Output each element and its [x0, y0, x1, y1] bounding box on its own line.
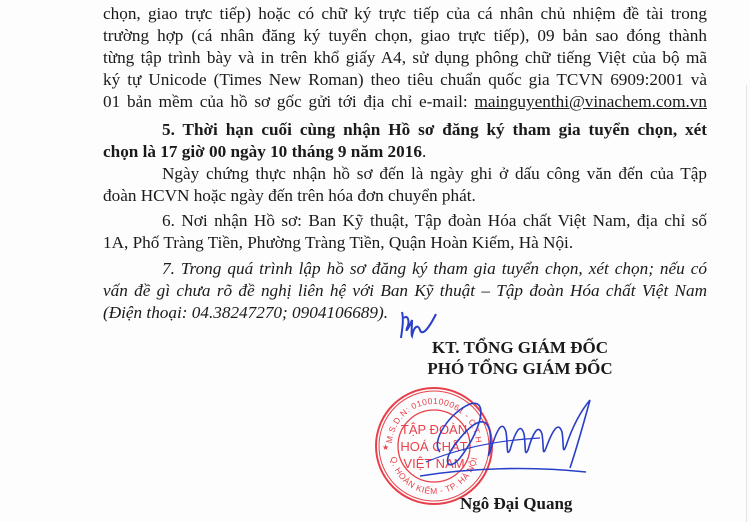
paragraph-4-line-4: ký tự Unicode (Times New Roman) theo tiê… — [103, 69, 707, 91]
paragraph-4-line-3: từng tập trình bày và in trên khổ giấy A… — [103, 47, 707, 69]
svg-text:★: ★ — [382, 443, 389, 452]
signer-name: Ngô Đại Quang — [460, 494, 572, 514]
paragraph-4-line-2: trường hợp (cá nhân đăng ký tuyển chọn, … — [103, 25, 707, 47]
signature-title-2: PHÓ TỔNG GIÁM ĐỐC — [390, 358, 650, 380]
item-6-line-2: 1A, Phố Tràng Tiền, Phường Tràng Tiền, Q… — [103, 232, 707, 254]
handwritten-signature-icon — [420, 392, 620, 492]
item-5-note-line-1: Ngày chứng thực nhận hồ sơ đến là ngày g… — [162, 163, 707, 185]
item-5-note-line-2: đoàn HCVN hoặc ngày đến trên hóa đơn chu… — [103, 185, 707, 207]
signature-title-1: KT. TỔNG GIÁM ĐỐC — [390, 337, 650, 359]
email-link[interactable]: mainguyenthi@vinachem.com.vn — [474, 92, 707, 111]
item-5-line-1: 5. Thời hạn cuối cùng nhận Hồ sơ đăng ký… — [162, 119, 707, 141]
paragraph-4-line-1: chọn, giao trực tiếp) hoặc có chữ ký trự… — [103, 3, 707, 25]
item-6-line-1: 6. Nơi nhận Hồ sơ: Ban Kỹ thuật, Tập đoà… — [162, 210, 707, 232]
item-7-line-2: vấn đề gì chưa rõ đề nghị liên hệ với Ba… — [103, 280, 707, 302]
page-edge-divider — [746, 85, 747, 522]
item-7-line-1: 7. Trong quá trình lập hồ sơ đăng ký tha… — [162, 258, 707, 280]
document-page: chọn, giao trực tiếp) hoặc có chữ ký trự… — [0, 0, 750, 522]
email-prefix: 01 bản mềm của hồ sơ gốc gửi tới địa chỉ… — [103, 92, 474, 111]
paragraph-4-line-5: 01 bản mềm của hồ sơ gốc gửi tới địa chỉ… — [103, 91, 707, 113]
item-5-line-2: chọn là 17 giờ 00 ngày 10 tháng 9 năm 20… — [103, 141, 707, 163]
deadline-text: chọn là 17 giờ 00 ngày 10 tháng 9 năm 20… — [103, 142, 422, 161]
deadline-period: . — [422, 142, 426, 161]
